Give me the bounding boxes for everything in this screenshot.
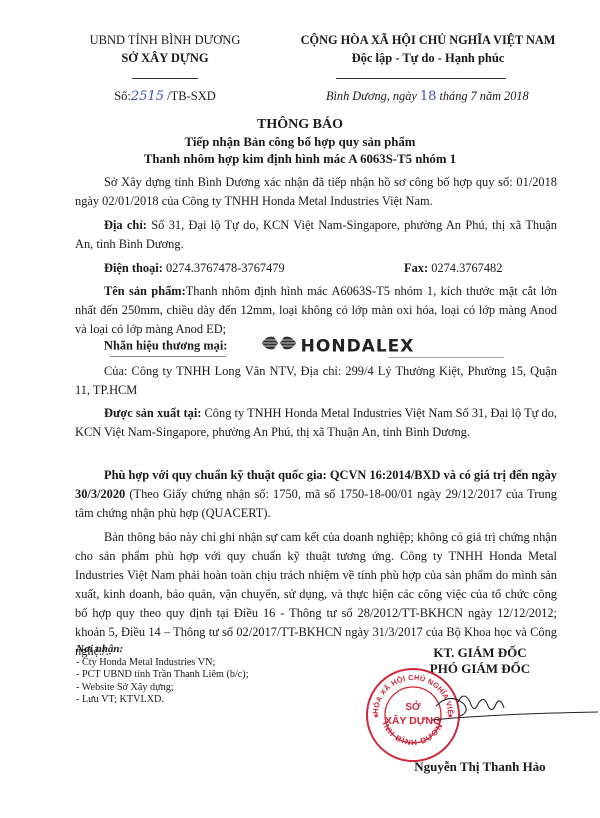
recipient-item: - Lưu VT; KTVLXD. [76, 694, 336, 707]
date-suffix: tháng 7 năm 2018 [436, 89, 528, 103]
standard-paragraph: Phù hợp với quy chuẩn kỹ thuật quốc gia:… [75, 466, 557, 523]
date-day-handwritten: 18 [420, 89, 437, 104]
recipient-item: - Cty Honda Metal Industries VN; [76, 657, 336, 670]
address-paragraph: Địa chỉ: Số 31, Đại lộ Tự do, KCN Việt N… [75, 216, 557, 254]
signer-name: Nguyễn Thị Thanh Hảo [392, 759, 568, 775]
signature-title-line1: KT. GIÁM ĐỐC [400, 645, 560, 661]
header-left-rule [132, 78, 198, 79]
national-motto: Độc lập - Tự do - Hạnh phúc [282, 51, 574, 66]
issuing-authority: UBND TỈNH BÌNH DƯƠNG [70, 33, 260, 48]
recipient-item: - Website Sở Xây dựng; [76, 682, 336, 695]
intro-paragraph: Sở Xây dựng tỉnh Bình Dương xác nhận đã … [75, 173, 557, 211]
phone-value: 0274.3767478-3767479 [163, 261, 285, 275]
stamp-center-line1: SỞ [405, 700, 421, 713]
contact-paragraph: Điện thoại: 0274.3767478-3767479 Fax: 02… [75, 259, 557, 278]
brand-underline-right [388, 357, 504, 358]
document-subject-line2: Thanh nhôm hợp kim định hình mác A 6063S… [0, 152, 600, 167]
address-value: Số 31, Đại lộ Tự do, KCN Việt Nam-Singap… [75, 218, 557, 251]
recipient-item: - PCT UBND tỉnh Trần Thanh Liêm (b/c); [76, 669, 336, 682]
fax-value: 0274.3767482 [428, 261, 502, 275]
document-date: Bình Dương, ngày 18 tháng 7 năm 2018 [326, 89, 596, 104]
document-number-suffix: /TB-SXD [164, 89, 216, 103]
stamp-star-icon: ★ [373, 712, 379, 720]
brand-underline-left [110, 356, 226, 357]
issuing-department: SỞ XÂY DỰNG [70, 51, 260, 66]
manufacturer-label: Được sản xuất tại: [104, 406, 201, 420]
date-prefix: Bình Dương, ngày [326, 89, 420, 103]
manufacturer-paragraph: Được sản xuất tại: Công ty TNHH Honda Me… [75, 404, 557, 442]
recipients-label: Nơi nhận: [76, 643, 336, 656]
national-title: CỘNG HÒA XÃ HỘI CHỦ NGHĨA VIỆT NAM [282, 33, 574, 48]
product-label: Tên sản phẩm: [104, 284, 186, 298]
brand-name: HONDALEX [301, 337, 415, 357]
document-number-handwritten: 2515 [131, 89, 164, 104]
hondalex-logo-icon [231, 334, 298, 359]
document-number-prefix: Số: [114, 89, 131, 103]
brand-owner-paragraph: Của: Công ty TNHH Long Vân NTV, Địa chỉ:… [75, 362, 557, 400]
handwritten-signature [430, 688, 600, 728]
product-paragraph: Tên sản phẩm:Thanh nhôm định hình mác A6… [75, 282, 557, 339]
disclaimer-paragraph: Bản thông báo này chỉ ghi nhận sự cam kế… [75, 528, 557, 661]
phone-label: Điện thoại: [104, 261, 163, 275]
brand-label: Nhãn hiệu thương mại: [104, 338, 227, 352]
address-label: Địa chỉ: [104, 218, 147, 232]
header-right-rule [336, 78, 506, 79]
standard-value: (Theo Giấy chứng nhận số: 1750, mã số 17… [75, 487, 557, 520]
recipients-block: Nơi nhận: - Cty Honda Metal Industries V… [76, 643, 336, 707]
document-subject-line1: Tiếp nhận Bản công bố hợp quy sản phẩm [0, 135, 600, 150]
document-number: Số:2515 /TB-SXD [70, 89, 260, 104]
fax: Fax: 0274.3767482 [375, 259, 502, 278]
fax-label: Fax: [404, 261, 428, 275]
document-heading: THÔNG BÁO [0, 117, 600, 133]
